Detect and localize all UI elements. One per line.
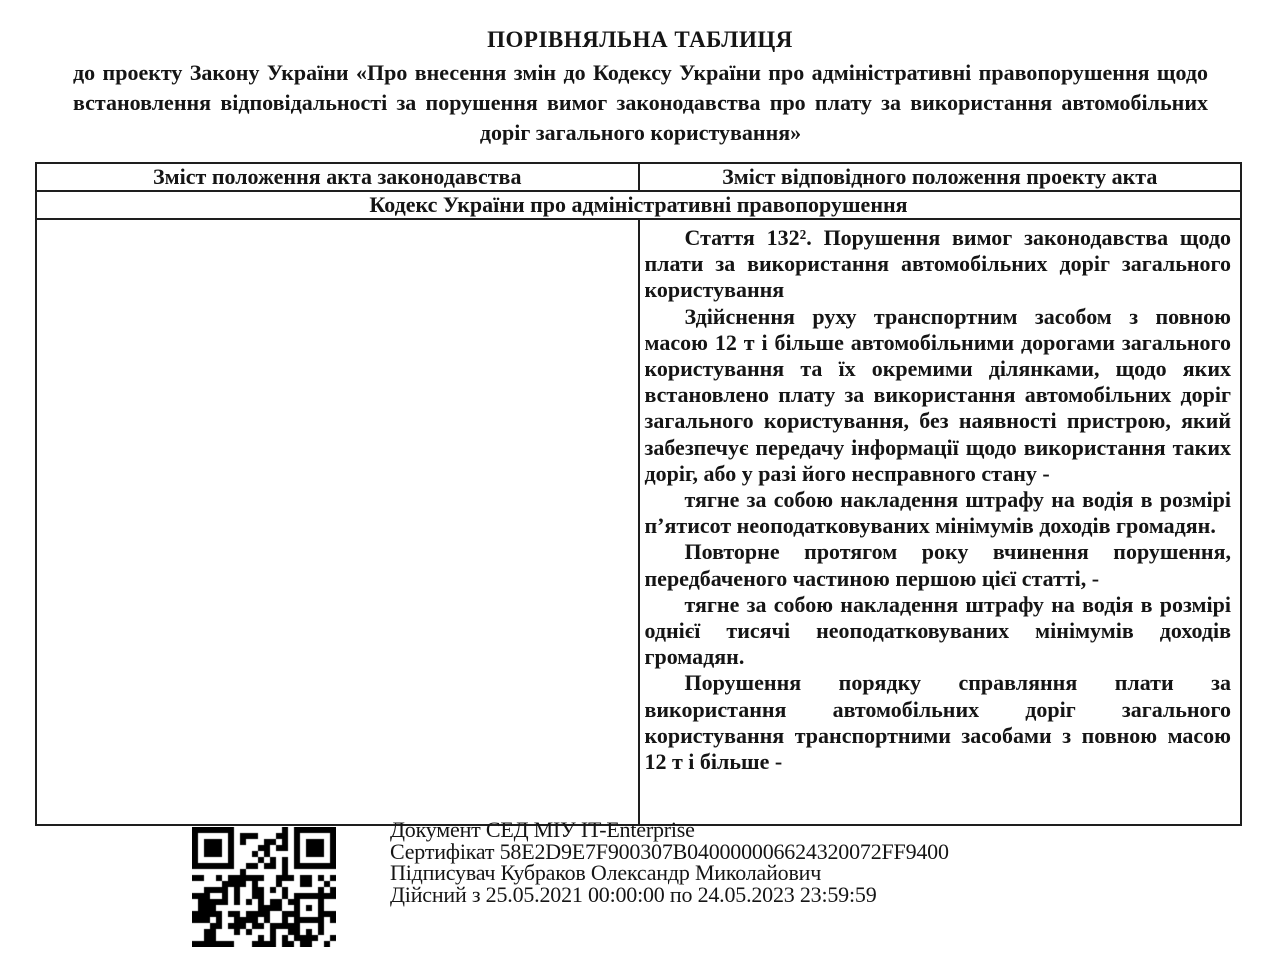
qr-code [192, 827, 336, 947]
signature-line-certificate: Сертифікат 58E2D9E7F900307B0400000066243… [390, 841, 949, 863]
signature-line-document: Документ СЕД МІУ IT-Enterprise [390, 819, 949, 841]
signature-line-validity: Дійсний з 25.05.2021 00:00:00 по 24.05.2… [390, 884, 949, 906]
signature-line-signer: Підписувач Кубраков Олександр Миколайови… [390, 862, 949, 884]
subtitle-line: до проекту Закону України «Про внесення … [73, 58, 1208, 88]
comparison-table: Зміст положення акта законодавства Зміст… [35, 162, 1242, 826]
article-heading: Стаття 132². Порушення вимог законодавст… [645, 225, 1232, 304]
column-header-draft: Зміст відповідного положення проекту акт… [639, 163, 1242, 191]
article-paragraph: Повторне протягом року вчинення порушенн… [645, 539, 1232, 591]
signature-block: Документ СЕД МІУ IT-Enterprise Сертифіка… [0, 818, 1280, 958]
article-paragraph: Здійснення руху транспортним засобом з п… [645, 304, 1232, 487]
subtitle-line: доріг загального користування» [73, 118, 1208, 148]
draft-provision-cell: Стаття 132². Порушення вимог законодавст… [639, 219, 1242, 825]
subtitle-line: встановлення відповідальності за порушен… [73, 88, 1208, 118]
table-section-row: Кодекс України про адміністративні право… [36, 191, 1241, 219]
document-page: ПОРІВНЯЛЬНА ТАБЛИЦЯ до проекту Закону Ук… [0, 0, 1280, 958]
column-header-legislation: Зміст положення акта законодавства [36, 163, 639, 191]
table-header-row: Зміст положення акта законодавства Зміст… [36, 163, 1241, 191]
article-paragraph: тягне за собою накладення штрафу на воді… [645, 487, 1232, 539]
table-body-row: Стаття 132². Порушення вимог законодавст… [36, 219, 1241, 825]
section-title: Кодекс України про адміністративні право… [36, 191, 1241, 219]
signature-text: Документ СЕД МІУ IT-Enterprise Сертифіка… [390, 819, 949, 905]
article-paragraph: тягне за собою накладення штрафу на воді… [645, 592, 1232, 671]
article-paragraph: Порушення порядку справляння плати за ви… [645, 670, 1232, 775]
document-title: ПОРІВНЯЛЬНА ТАБЛИЦЯ [0, 27, 1280, 53]
document-subtitle: до проекту Закону України «Про внесення … [73, 58, 1208, 148]
legislation-cell-empty [36, 219, 639, 825]
